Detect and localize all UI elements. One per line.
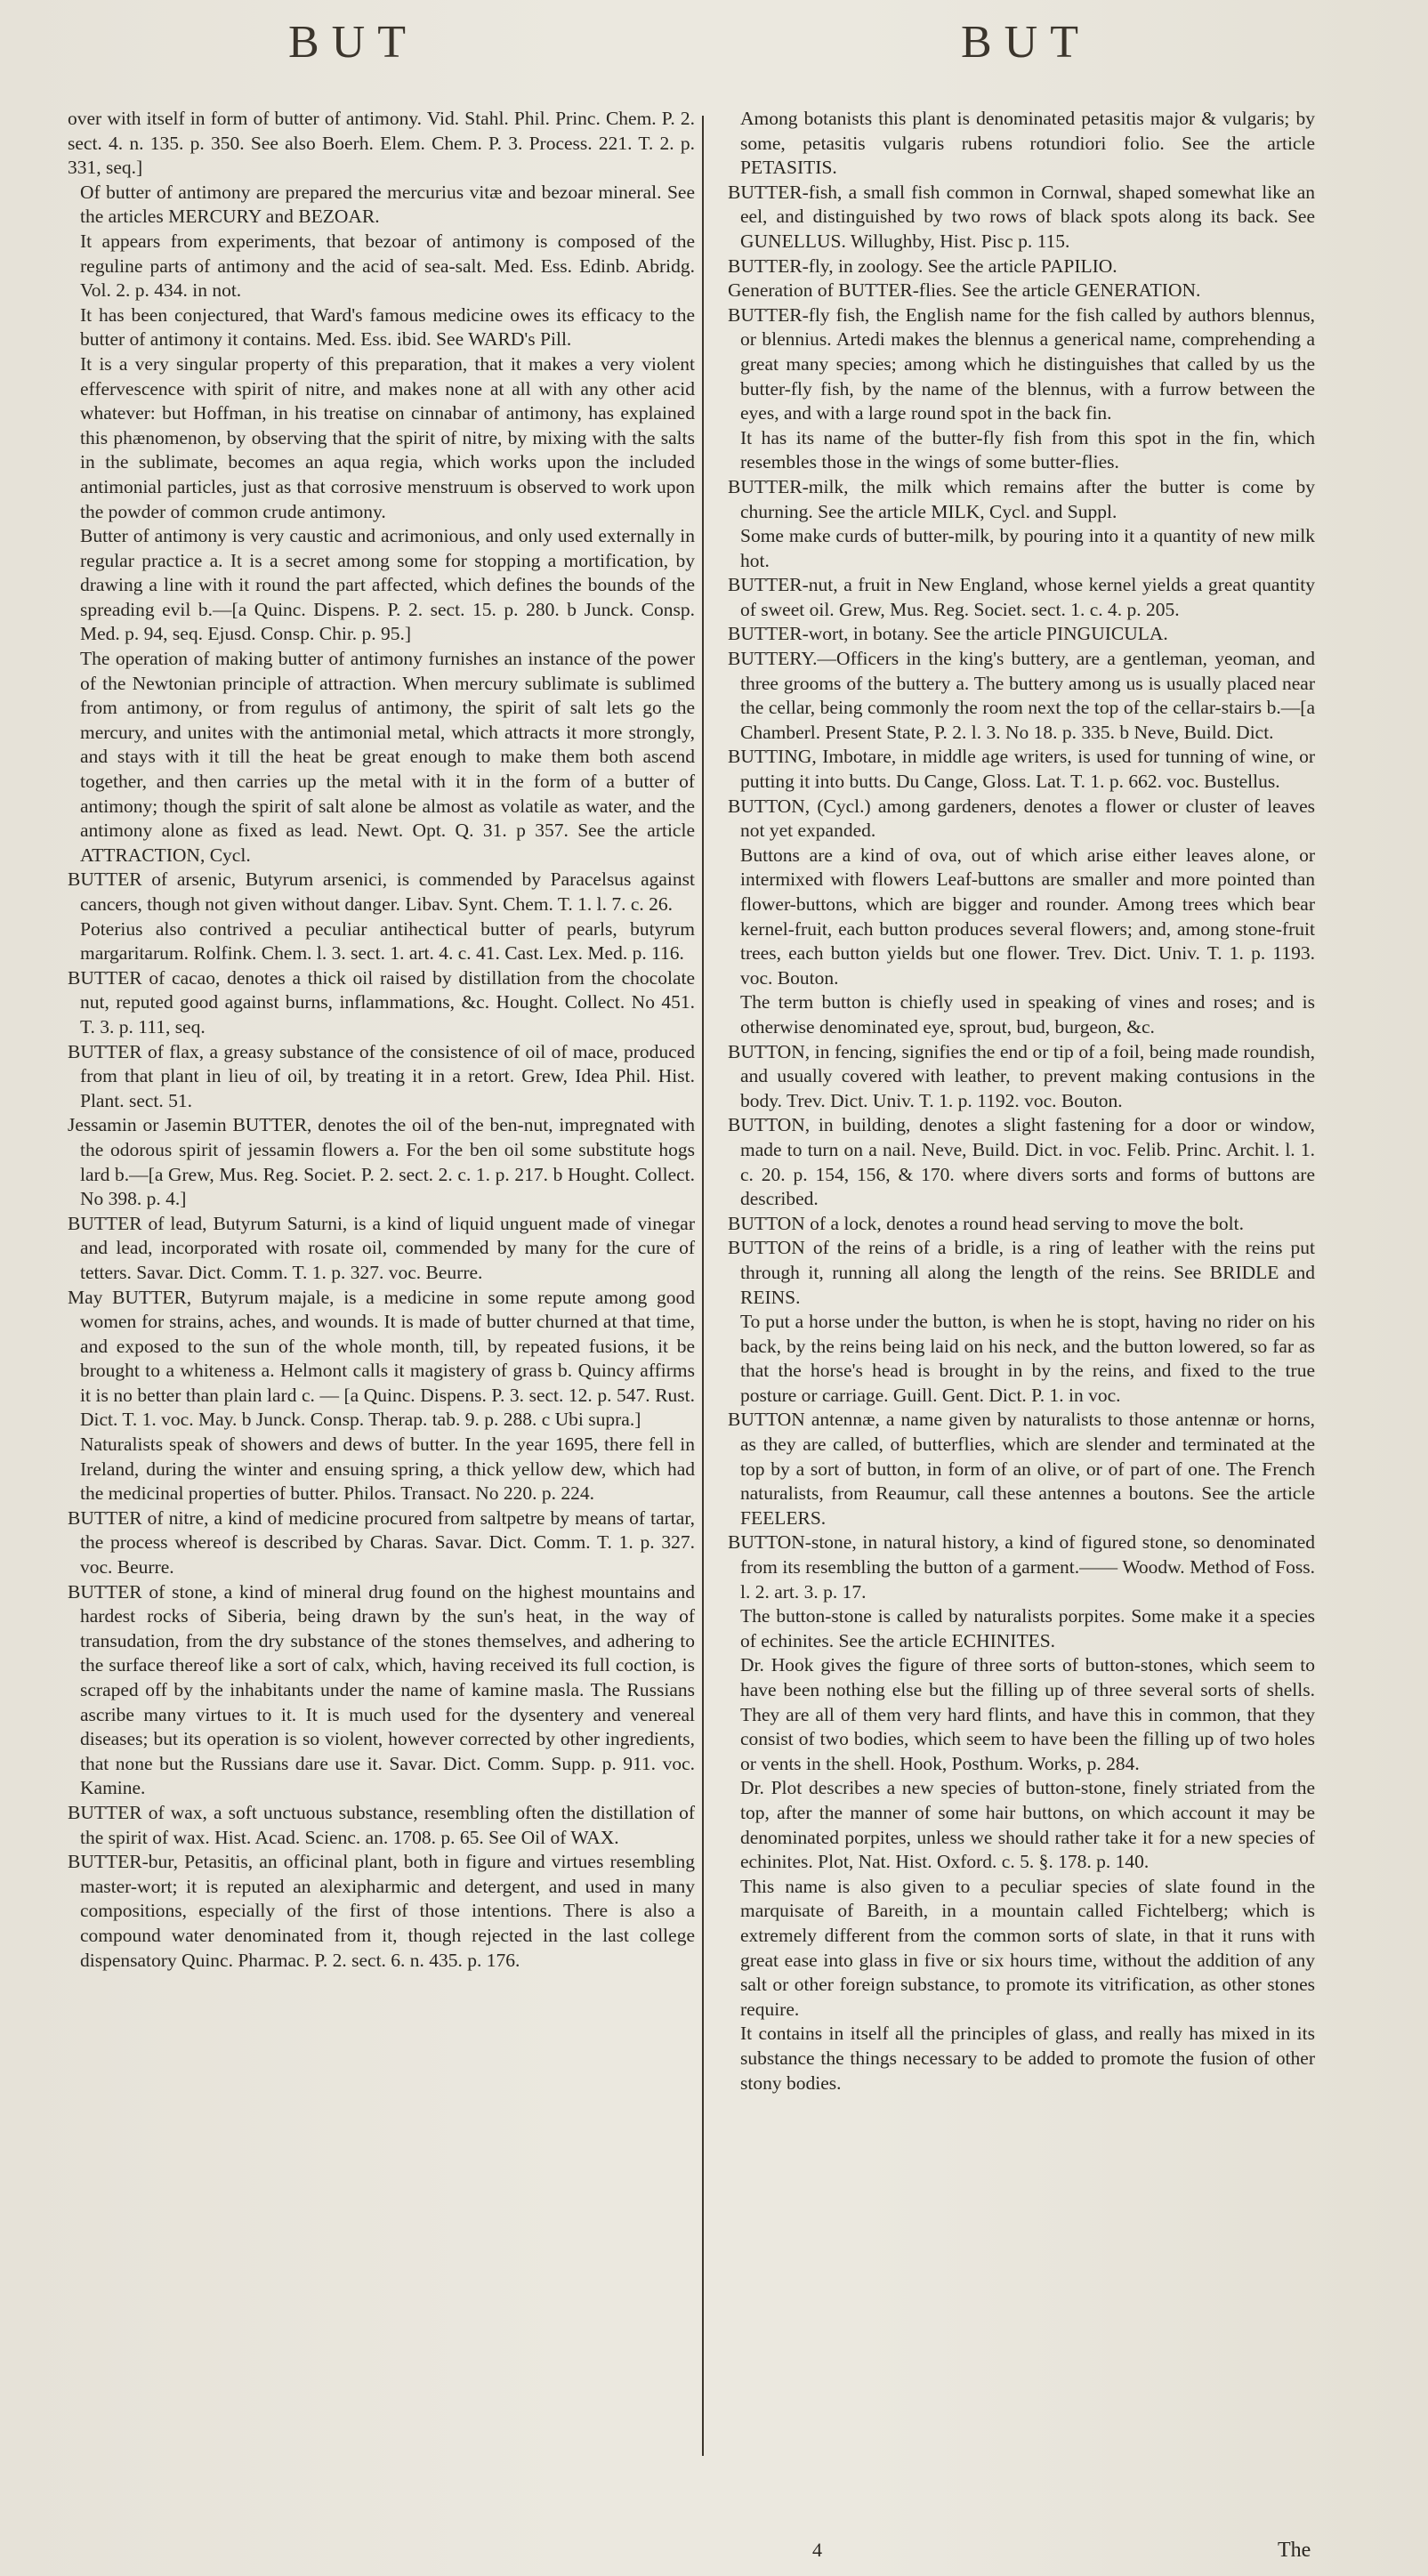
paragraph: This name is also given to a peculiar sp… (728, 1875, 1315, 2023)
paragraph: Dr. Hook gives the figure of three sorts… (728, 1653, 1315, 1776)
right-text-column: Among botanists this plant is denominate… (728, 107, 1315, 2096)
dictionary-entry: BUTTER-milk, the milk which remains afte… (728, 475, 1315, 524)
paragraph: The button-stone is called by naturalist… (728, 1604, 1315, 1653)
paragraph: Dr. Plot describes a new species of butt… (728, 1776, 1315, 1874)
dictionary-entry: BUTTON of a lock, denotes a round head s… (728, 1212, 1315, 1237)
book-page: BUT BUT over with itself in form of butt… (0, 0, 1428, 2576)
dictionary-entry: BUTTERY.—Officers in the king's buttery,… (728, 647, 1315, 745)
paragraph: It has been conjectured, that Ward's fam… (68, 303, 695, 352)
dictionary-entry: BUTTER of stone, a kind of mineral drug … (68, 1580, 695, 1801)
paragraph: To put a horse under the button, is when… (728, 1310, 1315, 1408)
paragraph: It has its name of the butter-fly fish f… (728, 426, 1315, 475)
catchword: The (1278, 2539, 1311, 2563)
paragraph: Of butter of antimony are prepared the m… (68, 181, 695, 230)
dictionary-entry: BUTTER-fish, a small fish common in Corn… (728, 181, 1315, 254)
dictionary-entry: BUTTER of arsenic, Butyrum arsenici, is … (68, 868, 695, 917)
paragraph: The operation of making butter of antimo… (68, 647, 695, 868)
column-divider (702, 116, 704, 2456)
dictionary-entry: BUTTER-nut, a fruit in New England, whos… (728, 573, 1315, 622)
dictionary-entry: BUTTING, Imbotare, in middle age writers… (728, 745, 1315, 794)
running-head-left: BUT (288, 16, 418, 69)
paragraph: Among botanists this plant is denominate… (728, 107, 1315, 181)
paragraph: Some make curds of butter-milk, by pouri… (728, 524, 1315, 573)
dictionary-entry: BUTTER of nitre, a kind of medicine proc… (68, 1506, 695, 1580)
paragraph: It is a very singular property of this p… (68, 352, 695, 524)
paragraph: The term button is chiefly used in speak… (728, 990, 1315, 1039)
dictionary-entry: Jessamin or Jasemin BUTTER, denotes the … (68, 1113, 695, 1211)
dictionary-entry: BUTTON, (Cycl.) among gardeners, denotes… (728, 795, 1315, 844)
dictionary-entry: BUTTON antennæ, a name given by naturali… (728, 1408, 1315, 1530)
dictionary-entry: BUTTON, in building, denotes a slight fa… (728, 1113, 1315, 1211)
dictionary-entry: BUTTON of the reins of a bridle, is a ri… (728, 1236, 1315, 1310)
dictionary-entry: BUTTER-bur, Petasitis, an officinal plan… (68, 1850, 695, 1973)
paragraph: over with itself in form of butter of an… (68, 107, 695, 181)
signature-mark: 4 (812, 2539, 822, 2562)
dictionary-entry: BUTTER-fly, in zoology. See the article … (728, 254, 1315, 279)
dictionary-entry: BUTTER-fly fish, the English name for th… (728, 303, 1315, 426)
dictionary-entry: BUTTON, in fencing, signifies the end or… (728, 1040, 1315, 1114)
left-text-column: over with itself in form of butter of an… (68, 107, 695, 1973)
paragraph: It contains in itself all the principles… (728, 2022, 1315, 2096)
paragraph: Butter of antimony is very caustic and a… (68, 524, 695, 647)
dictionary-entry: Generation of BUTTER-flies. See the arti… (728, 279, 1315, 303)
dictionary-entry: BUTTER of lead, Butyrum Saturni, is a ki… (68, 1212, 695, 1286)
dictionary-entry: BUTTON-stone, in natural history, a kind… (728, 1530, 1315, 1604)
dictionary-entry: BUTTER of cacao, denotes a thick oil rai… (68, 966, 695, 1040)
running-head-right: BUT (961, 16, 1091, 69)
dictionary-entry: BUTTER of flax, a greasy substance of th… (68, 1040, 695, 1114)
dictionary-entry: BUTTER-wort, in botany. See the article … (728, 622, 1315, 647)
paragraph: Naturalists speak of showers and dews of… (68, 1433, 695, 1506)
dictionary-entry: BUTTER of wax, a soft unctuous substance… (68, 1801, 695, 1850)
paragraph: Buttons are a kind of ova, out of which … (728, 844, 1315, 991)
paragraph: Poterius also contrived a peculiar antih… (68, 917, 695, 966)
paragraph: It appears from experiments, that bezoar… (68, 230, 695, 303)
dictionary-entry: May BUTTER, Butyrum majale, is a medicin… (68, 1286, 695, 1433)
